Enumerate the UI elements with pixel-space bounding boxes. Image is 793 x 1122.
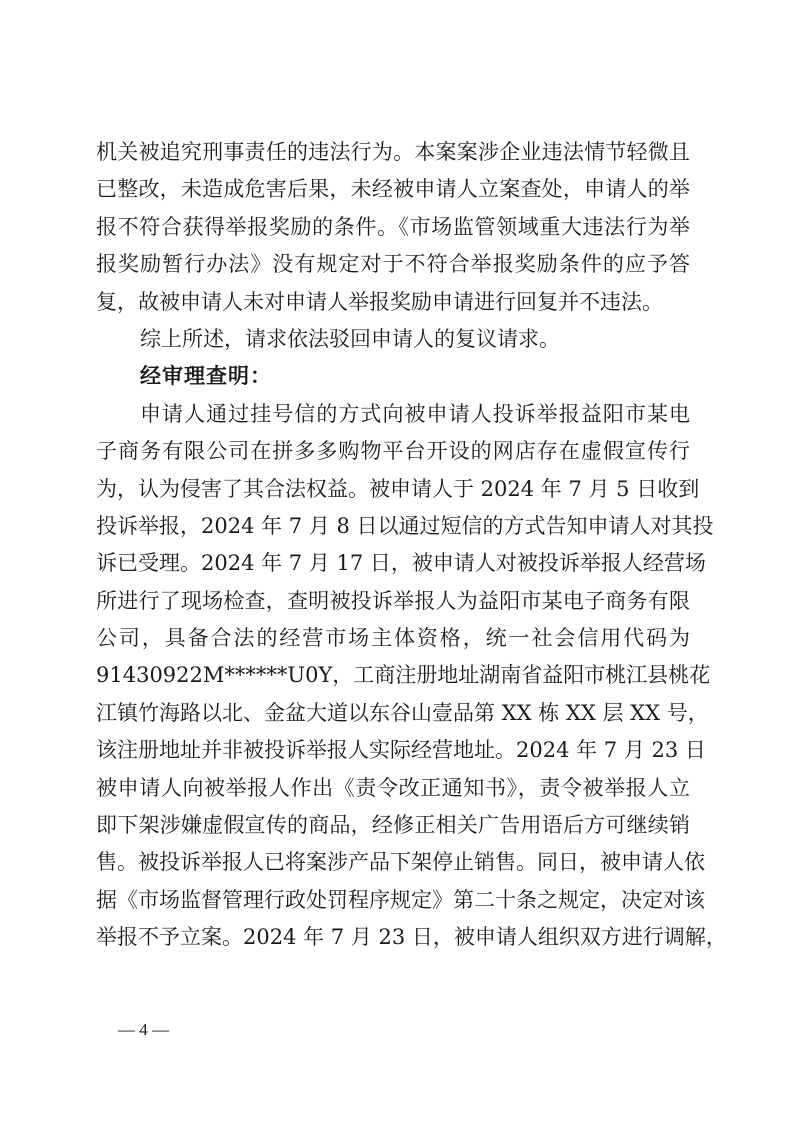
text-line-findings: 江镇竹海路以北、金盆大道以东谷山壹品第 XX 栋 XX 层 XX 号， — [96, 695, 690, 732]
text-line-findings: 公司，具备合法的经营市场主体资格，统一社会信用代码为 — [96, 620, 690, 657]
conclusion-paragraph: 综上所述，请求依法驳回申请人的复议请求。 — [96, 321, 690, 358]
text-line-findings: 售。被投诉举报人已将案涉产品下架停止销售。同日，被申请人依 — [96, 844, 690, 881]
text-line-findings: 为，认为侵害了其合法权益。被申请人于 2024 年 7 月 5 日收到 — [96, 471, 690, 508]
document-page: 机关被追究刑事责任的违法行为。本案案涉企业违法情节轻微且 已整改，未造成危害后果… — [0, 0, 793, 1122]
text-line-findings: 举报不予立案。2024 年 7 月 23 日，被申请人组织双方进行调解， — [96, 919, 690, 956]
text-line-respondent-argument: 机关被追究刑事责任的违法行为。本案案涉企业违法情节轻微且 — [96, 134, 690, 171]
document-body: 机关被追究刑事责任的违法行为。本案案涉企业违法情节轻微且 已整改，未造成危害后果… — [96, 134, 690, 957]
findings-heading: 经审理查明： — [96, 358, 690, 395]
text-line-respondent-argument: 复，故被申请人未对申请人举报奖励申请进行回复并不违法。 — [96, 284, 690, 321]
text-line-findings: 即下架涉嫌虚假宣传的商品，经修正相关广告用语后方可继续销 — [96, 807, 690, 844]
text-line-findings: 投诉举报，2024 年 7 月 8 日以通过短信的方式告知申请人对其投 — [96, 508, 690, 545]
text-line-findings: 诉已受理。2024 年 7 月 17 日，被申请人对被投诉举报人经营场 — [96, 545, 690, 582]
text-line-respondent-argument: 报奖励暂行办法》没有规定对于不符合举报奖励条件的应予答 — [96, 246, 690, 283]
text-line-findings: 被申请人向被举报人作出《责令改正通知书》，责令被举报人立 — [96, 770, 690, 807]
page-number: — 4 — — [118, 1020, 169, 1040]
text-line-findings: 该注册地址并非被投诉举报人实际经营地址。2024 年 7 月 23 日 — [96, 732, 690, 769]
text-line-findings: 据《市场监督管理行政处罚程序规定》第二十条之规定，决定对该 — [96, 882, 690, 919]
text-line-findings: 申请人通过挂号信的方式向被申请人投诉举报益阳市某电 — [96, 396, 690, 433]
text-line-findings: 子商务有限公司在拼多多购物平台开设的网店存在虚假宣传行 — [96, 433, 690, 470]
text-line-respondent-argument: 已整改，未造成危害后果，未经被申请人立案查处，申请人的举 — [96, 171, 690, 208]
text-line-respondent-argument: 报不符合获得举报奖励的条件。《市场监管领域重大违法行为举 — [96, 209, 690, 246]
text-line-findings: 所进行了现场检查，查明被投诉举报人为益阳市某电子商务有限 — [96, 583, 690, 620]
text-line-findings: 91430922M******U0Y，工商注册地址湖南省益阳市桃江县桃花 — [96, 657, 690, 694]
